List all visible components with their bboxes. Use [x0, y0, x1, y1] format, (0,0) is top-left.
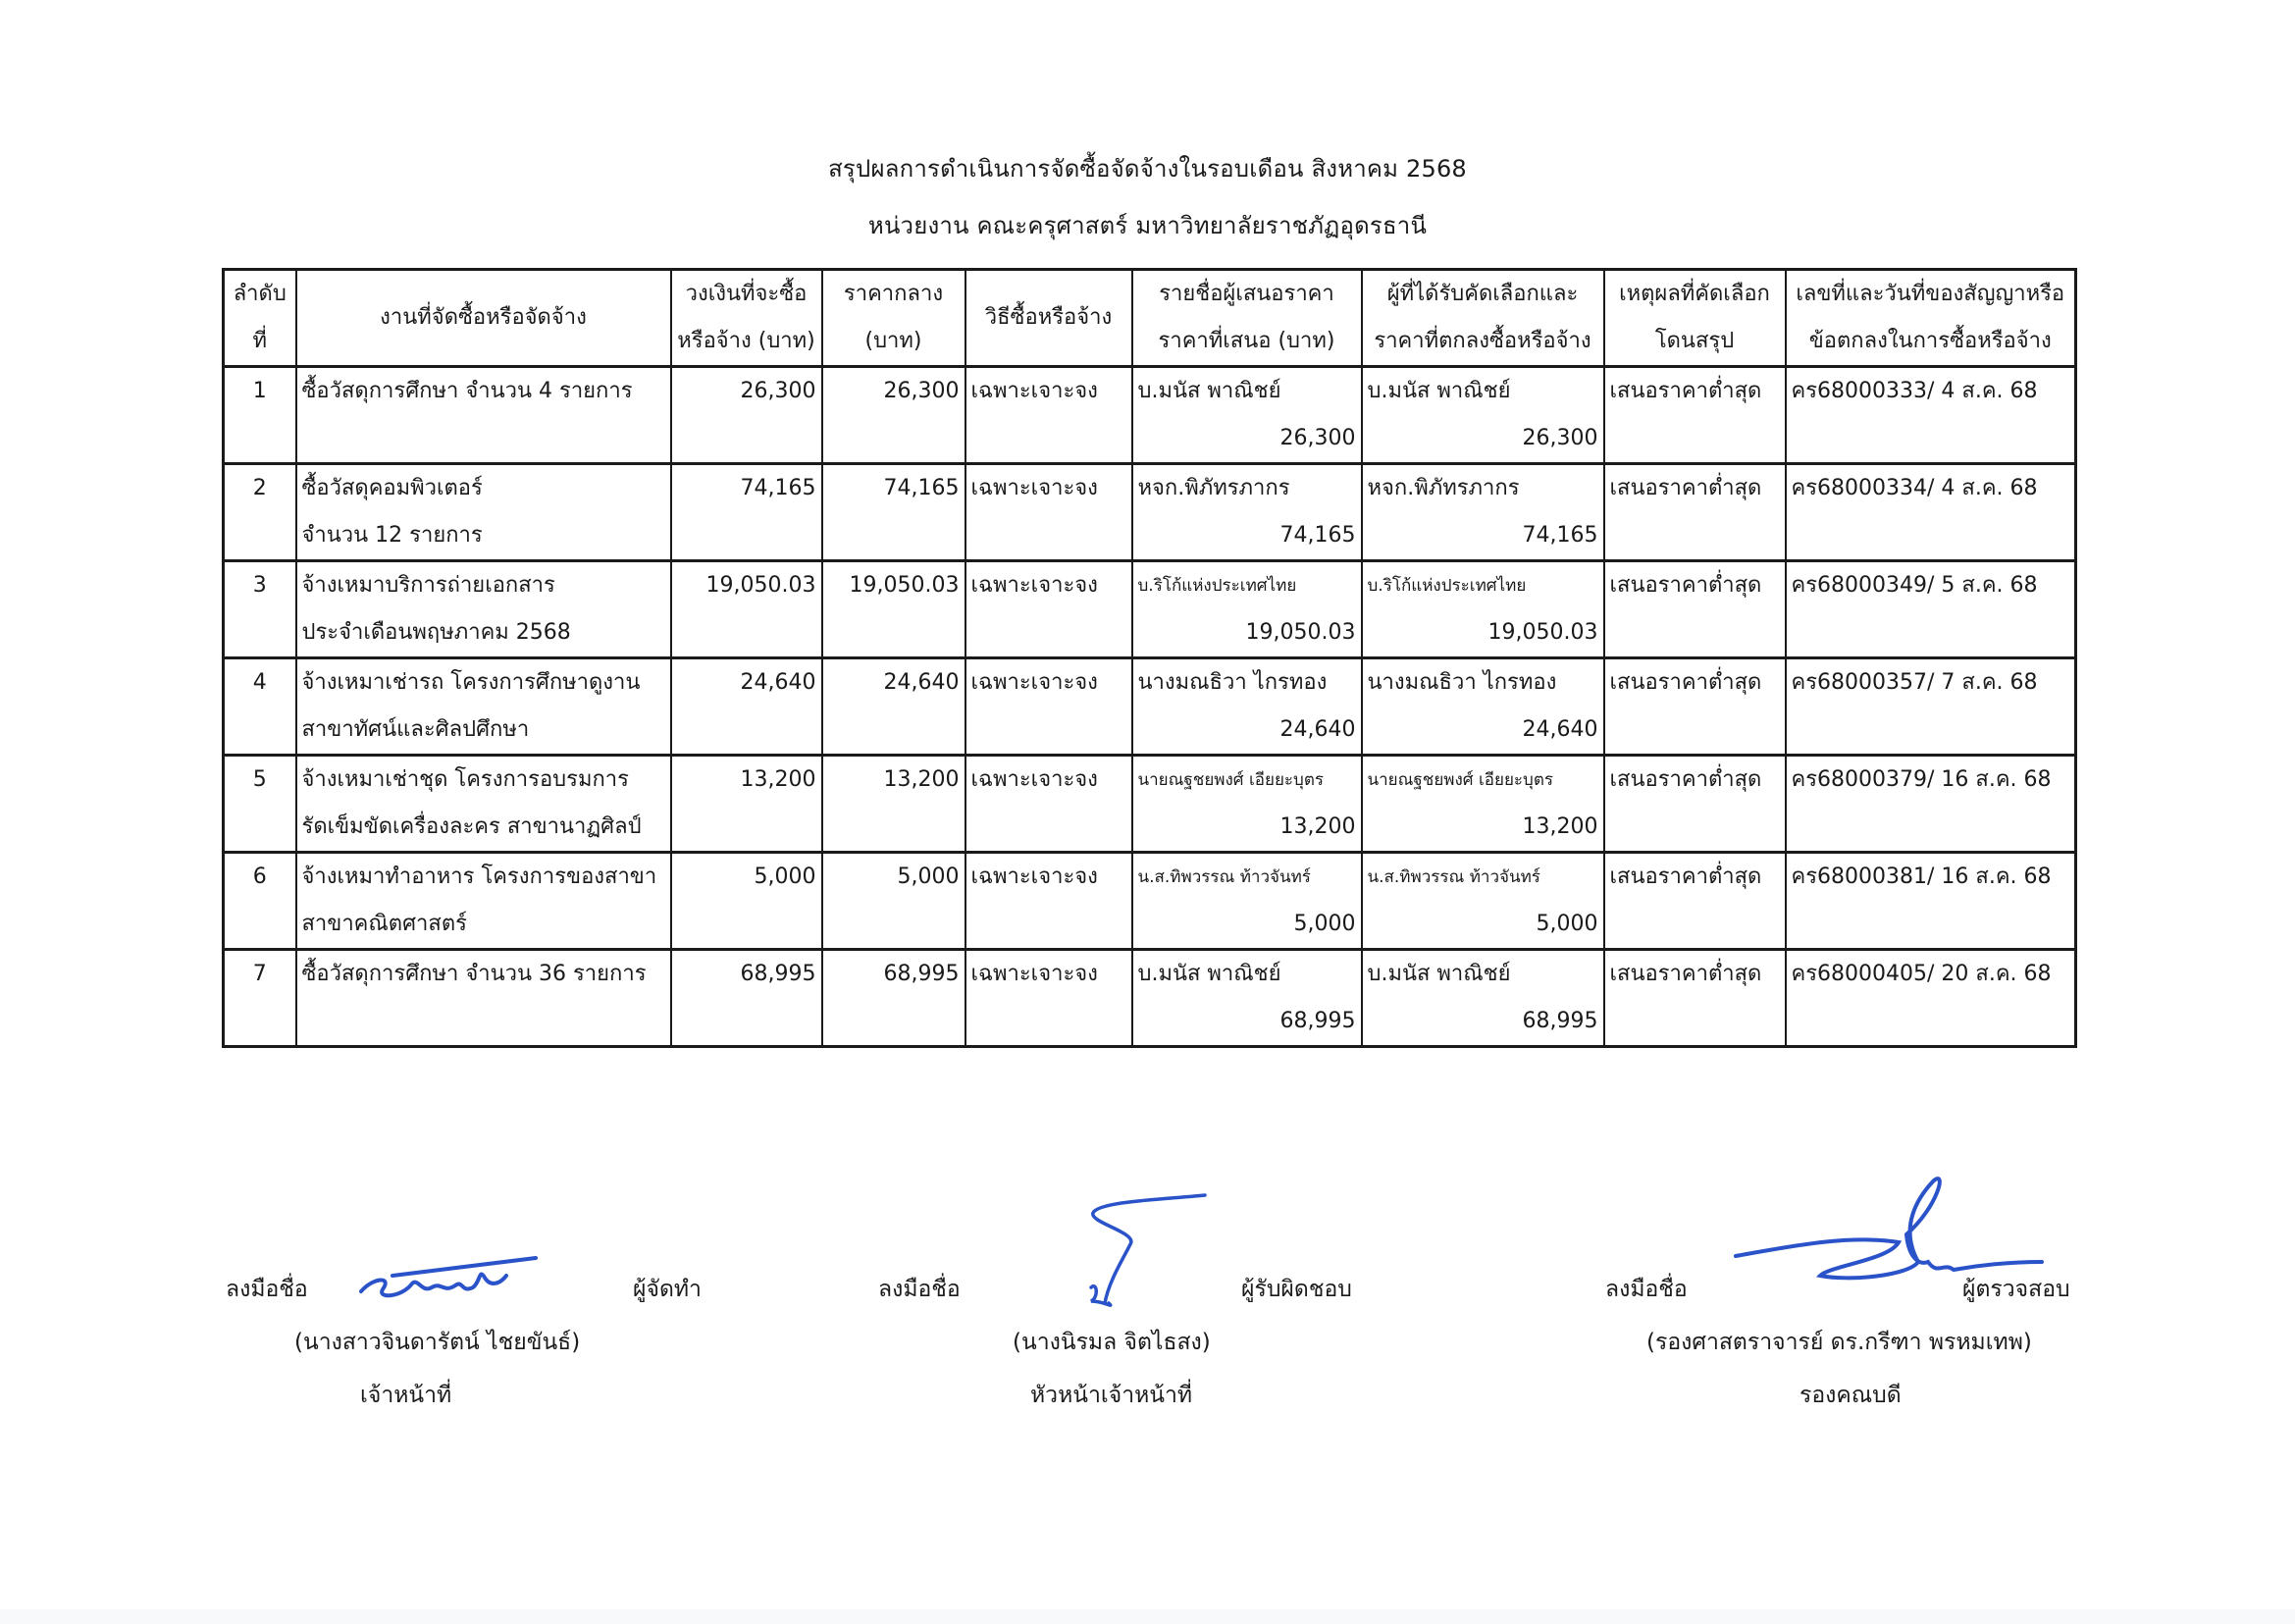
- cell-text: เสนอราคาต่ำสุด: [1610, 562, 1780, 609]
- cell-text: เสนอราคาต่ำสุด: [1610, 368, 1780, 415]
- cell-text: ซื้อวัสดุการศึกษา จำนวน 4 รายการ: [302, 368, 665, 415]
- cell-item: ซื้อวัสดุคอมพิวเตอร์ จำนวน 12 รายการ: [296, 464, 671, 561]
- cell-reason: เสนอราคาต่ำสุด: [1604, 756, 1786, 853]
- cell-text: เฉพาะเจาะจง: [971, 562, 1126, 609]
- cell-text: เฉพาะเจาะจง: [971, 368, 1126, 415]
- column-header: วงเงินที่จะซื้อหรือจ้าง (บาท): [671, 270, 822, 367]
- column-header: เหตุผลที่คัดเลือกโดนสรุป: [1604, 270, 1786, 367]
- cell-text: จำนวน 12 รายการ: [302, 512, 665, 559]
- cell-budget: 5,000: [671, 853, 822, 950]
- role-label: ผู้รับผิดชอบ: [1241, 1272, 1352, 1307]
- sign-label: ลงมือชื่อ: [1605, 1272, 1688, 1307]
- cell-text: 5,000: [1138, 901, 1356, 948]
- cell-no: 3: [224, 561, 296, 658]
- cell-text: 19,050.03: [677, 562, 816, 609]
- column-header-line: (บาท): [828, 318, 960, 365]
- cell-winner: บ.มนัส พาณิชย์68,995: [1362, 950, 1604, 1047]
- column-header-line: ราคาที่ตกลงซื้อหรือจ้าง: [1368, 318, 1598, 365]
- cell-winner: นายณฐชยพงศ์ เอียยะบุตร13,200: [1362, 756, 1604, 853]
- table-row: 1ซื้อวัสดุการศึกษา จำนวน 4 รายการ26,3002…: [224, 367, 2076, 464]
- cell-no: 2: [224, 464, 296, 561]
- cell-text: 26,300: [828, 368, 960, 415]
- cell-text: 6: [230, 854, 290, 901]
- column-header-line: ผู้ที่ได้รับคัดเลือกและ: [1368, 271, 1598, 318]
- column-header-line: รายชื่อผู้เสนอราคา: [1138, 271, 1356, 318]
- cell-text: 24,640: [828, 659, 960, 707]
- column-header: วิธีซื้อหรือจ้าง: [965, 270, 1132, 367]
- cell-text: 19,050.03: [828, 562, 960, 609]
- cell-text: เฉพาะเจาะจง: [971, 951, 1126, 998]
- cell-budget: 24,640: [671, 658, 822, 756]
- cell-text: เสนอราคาต่ำสุด: [1610, 951, 1780, 998]
- cell-reason: เสนอราคาต่ำสุด: [1604, 950, 1786, 1047]
- signer-name: (รองศาสตราจารย์ ดร.กรีฑา พรหมเทพ): [1646, 1325, 2032, 1360]
- cell-text: 19,050.03: [1368, 609, 1598, 656]
- cell-text: รัดเข็มขัดเครื่องละคร สาขานาฏศิลป์: [302, 804, 665, 851]
- cell-text: บ.มนัส พาณิชย์: [1368, 951, 1598, 998]
- column-header-line: วงเงินที่จะซื้อ: [677, 271, 816, 318]
- column-header-line: โดนสรุป: [1610, 318, 1780, 365]
- role-label: ผู้ตรวจสอบ: [1962, 1272, 2070, 1307]
- cell-text: สาขาคณิตศาสตร์: [302, 901, 665, 948]
- cell-text: 24,640: [1368, 707, 1598, 754]
- column-header-line: หรือจ้าง (บาท): [677, 318, 816, 365]
- cell-text: คร68000379/ 16 ส.ค. 68: [1792, 757, 2070, 804]
- cell-bidder: บ.มนัส พาณิชย์26,300: [1132, 367, 1362, 464]
- cell-item: จ้างเหมาเช่าชุด โครงการอบรมการรัดเข็มขัด…: [296, 756, 671, 853]
- column-header-line: ราคาที่เสนอ (บาท): [1138, 318, 1356, 365]
- cell-text: น.ส.ทิพวรรณ ท้าวจันทร์: [1368, 854, 1598, 901]
- cell-method: เฉพาะเจาะจง: [965, 756, 1132, 853]
- cell-text: เสนอราคาต่ำสุด: [1610, 465, 1780, 512]
- cell-text: 4: [230, 659, 290, 707]
- signer-position: หัวหน้าเจ้าหน้าที่: [1030, 1378, 1192, 1413]
- cell-reason: เสนอราคาต่ำสุด: [1604, 464, 1786, 561]
- signature-scribble-icon: [1732, 1168, 2046, 1285]
- table-row: 6จ้างเหมาทำอาหาร โครงการของสาขาสาขาคณิตศ…: [224, 853, 2076, 950]
- cell-text: [302, 998, 665, 1045]
- signer-position: เจ้าหน้าที่: [360, 1378, 451, 1413]
- cell-text: 13,200: [677, 757, 816, 804]
- cell-no: 4: [224, 658, 296, 756]
- cell-no: 7: [224, 950, 296, 1047]
- table-row: 4จ้างเหมาเช่ารถ โครงการศึกษาดูงานสาขาทัศ…: [224, 658, 2076, 756]
- cell-text: 13,200: [1368, 804, 1598, 851]
- cell-median-price: 26,300: [822, 367, 965, 464]
- cell-text: คร68000334/ 4 ส.ค. 68: [1792, 465, 2070, 512]
- cell-text: 74,165: [677, 465, 816, 512]
- cell-text: คร68000357/ 7 ส.ค. 68: [1792, 659, 2070, 707]
- signer-position: รองคณบดี: [1799, 1378, 1902, 1413]
- column-header: เลขที่และวันที่ของสัญญาหรือข้อตกลงในการซ…: [1786, 270, 2076, 367]
- signature-scribble-icon: [353, 1248, 540, 1307]
- table-header-row: ลำดับที่งานที่จัดซื้อหรือจัดจ้างวงเงินที…: [224, 270, 2076, 367]
- cell-text: 5,000: [1368, 901, 1598, 948]
- cell-bidder: บ.มนัส พาณิชย์68,995: [1132, 950, 1362, 1047]
- cell-method: เฉพาะเจาะจง: [965, 561, 1132, 658]
- cell-no: 5: [224, 756, 296, 853]
- cell-text: 74,165: [1368, 512, 1598, 559]
- cell-item: ซื้อวัสดุการศึกษา จำนวน 36 รายการ: [296, 950, 671, 1047]
- cell-text: จ้างเหมาบริการถ่ายเอกสาร: [302, 562, 665, 609]
- cell-budget: 26,300: [671, 367, 822, 464]
- column-header-line: เลขที่และวันที่ของสัญญาหรือ: [1792, 271, 2070, 318]
- cell-text: คร68000349/ 5 ส.ค. 68: [1792, 562, 2070, 609]
- column-header: ลำดับที่: [224, 270, 296, 367]
- cell-text: คร68000405/ 20 ส.ค. 68: [1792, 951, 2070, 998]
- cell-text: 26,300: [1368, 415, 1598, 462]
- document-subtitle: หน่วยงาน คณะครุศาสตร์ มหาวิทยาลัยราชภัฏอ…: [0, 206, 2295, 244]
- cell-text: เสนอราคาต่ำสุด: [1610, 659, 1780, 707]
- cell-contract: คร68000405/ 20 ส.ค. 68: [1786, 950, 2076, 1047]
- cell-text: 5,000: [677, 854, 816, 901]
- table-row: 2ซื้อวัสดุคอมพิวเตอร์ จำนวน 12 รายการ74,…: [224, 464, 2076, 561]
- cell-text: 24,640: [1138, 707, 1356, 754]
- cell-text: หจก.พิภัทรภากร: [1368, 465, 1598, 512]
- cell-text: จ้างเหมาเช่าชุด โครงการอบรมการ: [302, 757, 665, 804]
- cell-reason: เสนอราคาต่ำสุด: [1604, 367, 1786, 464]
- table-row: 3จ้างเหมาบริการถ่ายเอกสารประจำเดือนพฤษภา…: [224, 561, 2076, 658]
- signer-name: (นางสาวจินดารัตน์ ไชยขันธ์): [294, 1325, 580, 1360]
- cell-text: เสนอราคาต่ำสุด: [1610, 757, 1780, 804]
- cell-reason: เสนอราคาต่ำสุด: [1604, 561, 1786, 658]
- cell-winner: นางมณธิวา ไกรทอง24,640: [1362, 658, 1604, 756]
- signature-scribble-icon: [1069, 1187, 1217, 1315]
- cell-median-price: 5,000: [822, 853, 965, 950]
- cell-text: 1: [230, 368, 290, 415]
- cell-no: 6: [224, 853, 296, 950]
- cell-method: เฉพาะเจาะจง: [965, 464, 1132, 561]
- cell-text: 19,050.03: [1138, 609, 1356, 656]
- cell-item: ซื้อวัสดุการศึกษา จำนวน 4 รายการ: [296, 367, 671, 464]
- cell-text: ซื้อวัสดุการศึกษา จำนวน 36 รายการ: [302, 951, 665, 998]
- column-header-line: ลำดับ: [230, 271, 290, 318]
- cell-text: คร68000333/ 4 ส.ค. 68: [1792, 368, 2070, 415]
- cell-budget: 13,200: [671, 756, 822, 853]
- column-header-line: ราคากลาง: [828, 271, 960, 318]
- cell-text: 26,300: [1138, 415, 1356, 462]
- cell-text: 13,200: [1138, 804, 1356, 851]
- column-header: ผู้ที่ได้รับคัดเลือกและราคาที่ตกลงซื้อหร…: [1362, 270, 1604, 367]
- column-header-line: ข้อตกลงในการซื้อหรือจ้าง: [1792, 318, 2070, 365]
- cell-text: 3: [230, 562, 290, 609]
- cell-text: 68,995: [677, 951, 816, 998]
- cell-text: นางมณธิวา ไกรทอง: [1368, 659, 1598, 707]
- cell-winner: บ.ริโก้แห่งประเทศไทย19,050.03: [1362, 561, 1604, 658]
- cell-text: 24,640: [677, 659, 816, 707]
- cell-text: บ.ริโก้แห่งประเทศไทย: [1138, 562, 1356, 609]
- cell-bidder: หจก.พิภัทรภากร74,165: [1132, 464, 1362, 561]
- column-header-line: เหตุผลที่คัดเลือก: [1610, 271, 1780, 318]
- table-row: 7ซื้อวัสดุการศึกษา จำนวน 36 รายการ68,995…: [224, 950, 2076, 1047]
- sign-label: ลงมือชื่อ: [878, 1272, 961, 1307]
- cell-median-price: 24,640: [822, 658, 965, 756]
- cell-contract: คร68000334/ 4 ส.ค. 68: [1786, 464, 2076, 561]
- cell-median-price: 19,050.03: [822, 561, 965, 658]
- cell-median-price: 13,200: [822, 756, 965, 853]
- cell-median-price: 74,165: [822, 464, 965, 561]
- cell-winner: หจก.พิภัทรภากร74,165: [1362, 464, 1604, 561]
- document-title: สรุปผลการดำเนินการจัดซื้อจัดจ้างในรอบเดื…: [0, 149, 2295, 187]
- cell-bidder: นางมณธิวา ไกรทอง24,640: [1132, 658, 1362, 756]
- cell-contract: คร68000333/ 4 ส.ค. 68: [1786, 367, 2076, 464]
- cell-budget: 68,995: [671, 950, 822, 1047]
- cell-text: 5,000: [828, 854, 960, 901]
- table-body: 1ซื้อวัสดุการศึกษา จำนวน 4 รายการ26,3002…: [224, 367, 2076, 1047]
- cell-text: เฉพาะเจาะจง: [971, 757, 1126, 804]
- column-header-line: ที่: [230, 318, 290, 365]
- cell-bidder: บ.ริโก้แห่งประเทศไทย19,050.03: [1132, 561, 1362, 658]
- cell-method: เฉพาะเจาะจง: [965, 853, 1132, 950]
- cell-text: นางมณธิวา ไกรทอง: [1138, 659, 1356, 707]
- cell-text: เฉพาะเจาะจง: [971, 465, 1126, 512]
- column-header-line: งานที่จัดซื้อหรือจัดจ้าง: [302, 294, 665, 341]
- cell-text: น.ส.ทิพวรรณ ท้าวจันทร์: [1138, 854, 1356, 901]
- cell-text: บ.ริโก้แห่งประเทศไทย: [1368, 562, 1598, 609]
- cell-text: 5: [230, 757, 290, 804]
- column-header: รายชื่อผู้เสนอราคาราคาที่เสนอ (บาท): [1132, 270, 1362, 367]
- cell-text: เสนอราคาต่ำสุด: [1610, 854, 1780, 901]
- procurement-table: ลำดับที่งานที่จัดซื้อหรือจัดจ้างวงเงินที…: [222, 268, 2077, 1048]
- role-label: ผู้จัดทำ: [633, 1272, 702, 1307]
- cell-text: 74,165: [1138, 512, 1356, 559]
- column-header-line: วิธีซื้อหรือจ้าง: [971, 294, 1126, 341]
- cell-text: บ.มนัส พาณิชย์: [1368, 368, 1598, 415]
- cell-contract: คร68000381/ 16 ส.ค. 68: [1786, 853, 2076, 950]
- cell-winner: บ.มนัส พาณิชย์26,300: [1362, 367, 1604, 464]
- cell-contract: คร68000349/ 5 ส.ค. 68: [1786, 561, 2076, 658]
- cell-reason: เสนอราคาต่ำสุด: [1604, 658, 1786, 756]
- cell-text: 74,165: [828, 465, 960, 512]
- cell-median-price: 68,995: [822, 950, 965, 1047]
- cell-contract: คร68000379/ 16 ส.ค. 68: [1786, 756, 2076, 853]
- cell-text: ซื้อวัสดุคอมพิวเตอร์: [302, 465, 665, 512]
- cell-text: จ้างเหมาทำอาหาร โครงการของสาขา: [302, 854, 665, 901]
- table-row: 5จ้างเหมาเช่าชุด โครงการอบรมการรัดเข็มขั…: [224, 756, 2076, 853]
- column-header: งานที่จัดซื้อหรือจัดจ้าง: [296, 270, 671, 367]
- column-header: ราคากลาง(บาท): [822, 270, 965, 367]
- cell-method: เฉพาะเจาะจง: [965, 950, 1132, 1047]
- cell-item: จ้างเหมาเช่ารถ โครงการศึกษาดูงานสาขาทัศน…: [296, 658, 671, 756]
- cell-budget: 19,050.03: [671, 561, 822, 658]
- cell-bidder: นายณฐชยพงศ์ เอียยะบุตร13,200: [1132, 756, 1362, 853]
- sign-label: ลงมือชื่อ: [226, 1272, 308, 1307]
- cell-text: เฉพาะเจาะจง: [971, 854, 1126, 901]
- cell-text: [302, 415, 665, 462]
- cell-text: 68,995: [1138, 998, 1356, 1045]
- cell-no: 1: [224, 367, 296, 464]
- cell-item: จ้างเหมาทำอาหาร โครงการของสาขาสาขาคณิตศา…: [296, 853, 671, 950]
- cell-winner: น.ส.ทิพวรรณ ท้าวจันทร์5,000: [1362, 853, 1604, 950]
- cell-text: นายณฐชยพงศ์ เอียยะบุตร: [1368, 757, 1598, 804]
- cell-budget: 74,165: [671, 464, 822, 561]
- cell-text: บ.มนัส พาณิชย์: [1138, 951, 1356, 998]
- cell-reason: เสนอราคาต่ำสุด: [1604, 853, 1786, 950]
- cell-text: สาขาทัศน์และศิลปศึกษา: [302, 707, 665, 754]
- cell-text: หจก.พิภัทรภากร: [1138, 465, 1356, 512]
- cell-method: เฉพาะเจาะจง: [965, 367, 1132, 464]
- cell-text: 26,300: [677, 368, 816, 415]
- cell-bidder: น.ส.ทิพวรรณ ท้าวจันทร์5,000: [1132, 853, 1362, 950]
- signer-name: (นางนิรมล จิตไธสง): [1013, 1325, 1211, 1360]
- cell-text: คร68000381/ 16 ส.ค. 68: [1792, 854, 2070, 901]
- cell-text: 2: [230, 465, 290, 512]
- page-edge: [0, 1609, 2295, 1624]
- cell-item: จ้างเหมาบริการถ่ายเอกสารประจำเดือนพฤษภาค…: [296, 561, 671, 658]
- cell-text: 68,995: [828, 951, 960, 998]
- cell-text: 13,200: [828, 757, 960, 804]
- cell-text: 68,995: [1368, 998, 1598, 1045]
- cell-text: ประจำเดือนพฤษภาคม 2568: [302, 609, 665, 656]
- cell-text: เฉพาะเจาะจง: [971, 659, 1126, 707]
- cell-text: นายณฐชยพงศ์ เอียยะบุตร: [1138, 757, 1356, 804]
- cell-text: 7: [230, 951, 290, 998]
- cell-text: บ.มนัส พาณิชย์: [1138, 368, 1356, 415]
- cell-contract: คร68000357/ 7 ส.ค. 68: [1786, 658, 2076, 756]
- cell-text: จ้างเหมาเช่ารถ โครงการศึกษาดูงาน: [302, 659, 665, 707]
- cell-method: เฉพาะเจาะจง: [965, 658, 1132, 756]
